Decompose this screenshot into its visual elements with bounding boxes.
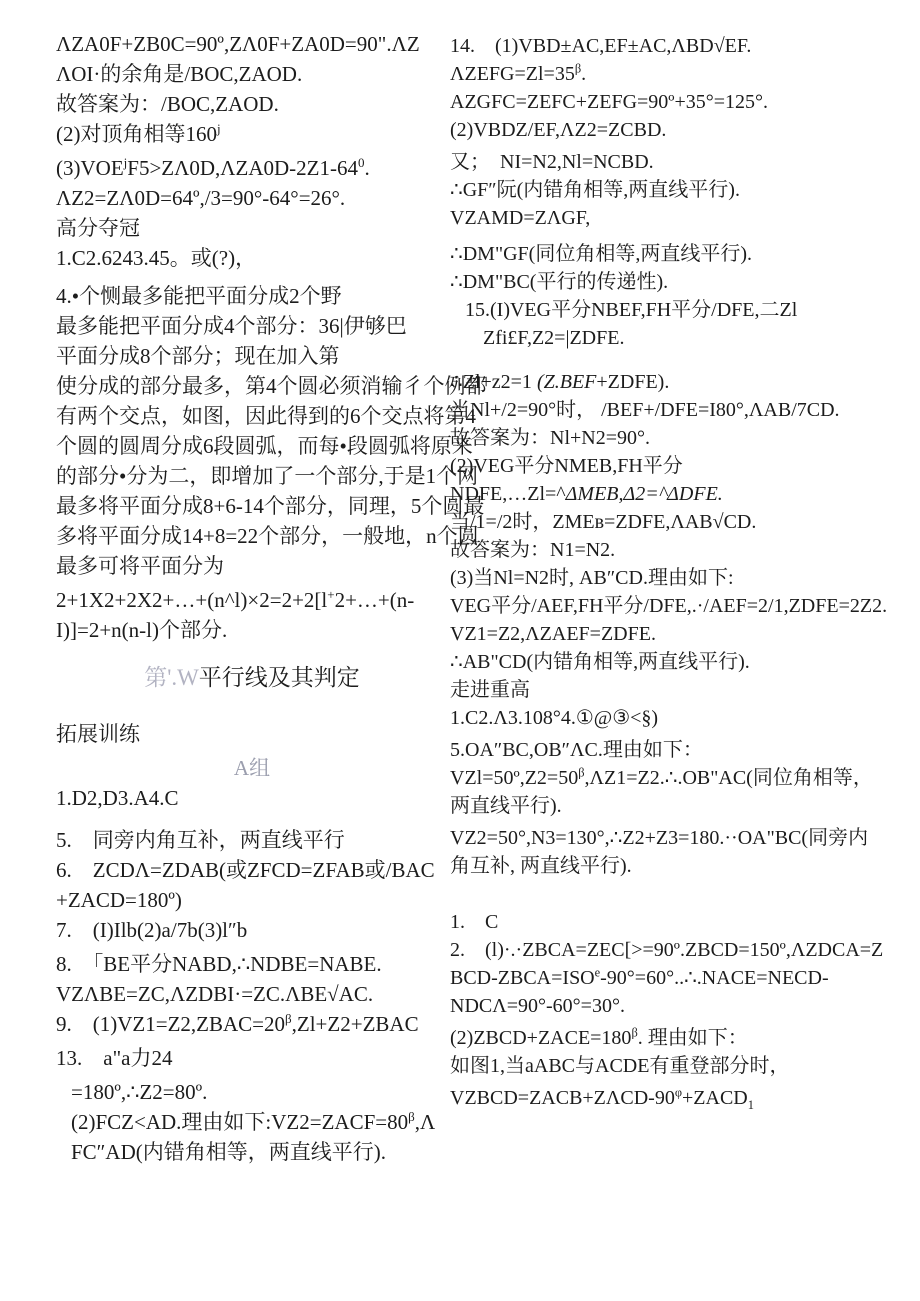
text-line: 5. 同旁内角互补，两直线平行 <box>56 825 448 855</box>
text-line: 故答案为：N1=N2. <box>450 536 916 564</box>
text-line: NDCΛ=90°-60°=30°. <box>450 992 916 1020</box>
text-line: 又； NI=N2,Nl=NCBD. <box>450 148 916 176</box>
text-line: 1.D2,D3.A4.C <box>56 783 448 813</box>
text-line: 个圆的圆周分成6段圆弧，而每•段圆弧将原来 <box>56 431 448 461</box>
text-line: NDFE,…Zl=^ΔMEB,Δ2=^ΔDFE. <box>450 480 916 508</box>
text-line: ∴AB"CD(内错角相等,两直线平行). <box>450 648 916 676</box>
text-line: 1.C2.6243.45。或(?)， <box>56 243 448 273</box>
text-line: 多将平面分成14+8=22个部分，一般地，n个圆 <box>56 521 448 551</box>
text-line: 13. a"a力24 <box>56 1043 448 1073</box>
text-line: VZ2=50°,N3=130°,∴Z2+Z3=180.··OA"BC(同旁内 <box>450 824 916 852</box>
text-line: 故答案为：Nl+N2=90°. <box>450 424 916 452</box>
text-line: =180º,∴Z2=80º. <box>56 1077 448 1107</box>
text-line: 最多将平面分成8+6-14个部分，同理，5个圆最 <box>56 491 448 521</box>
text-line: FC″AD(内错角相等，两直线平行). <box>56 1137 448 1167</box>
text-line: Zfi£F,Z2=|ZDFE. <box>450 324 916 352</box>
text-line: ΛZ2=ZΛ0D=64º,/3=90°-64°=26°. <box>56 183 448 213</box>
text-line: VZl=50º,Z2=50β,ΛZ1=Z2.∴.OB"AC(同位角相等， <box>450 764 916 792</box>
text-line: ∴DM"GF(同位角相等,两直线平行). <box>450 240 916 268</box>
right-column: 14. (1)VBD±AC,EF±AC,ΛBD√EF.ΛZEFG=Zl=35β.… <box>450 0 916 1112</box>
text-line: ΛZA0F+ZB0C=90º,ZΛ0F+ZA0D=90".ΛZ <box>56 29 448 59</box>
text-line: 当/1=/2时，ZMEʙ=ZDFE,ΛAB√CD. <box>450 508 916 536</box>
text-line: 1.C2.Λ3.108°4.①@③<§) <box>450 704 916 732</box>
text-line: 如图1,当aABC与ACDE有重登部分时， <box>450 1052 916 1080</box>
text-line: ΛOI·的余角是/BOC,ZAOD. <box>56 59 448 89</box>
group-heading: A组 <box>56 753 448 783</box>
text-line: ∴DM"BC(平行的传递性). <box>450 268 916 296</box>
text-line: 4.•个恻最多能把平面分成2个野 <box>56 281 448 311</box>
text-line: (2)FCZ<AD.理由如下:VZ2=ZACF=80β,Λ <box>56 1107 448 1137</box>
text-line: 最多可将平面分为 <box>56 551 448 581</box>
text-line: ΛZEFG=Zl=35β. <box>450 60 916 88</box>
text-line: 14. (1)VBD±AC,EF±AC,ΛBD√EF. <box>450 32 916 60</box>
text-line: (2)对顶角相等160j <box>56 119 448 149</box>
text-line: VZBCD=ZACB+ZΛCD-90φ+ZACD1 <box>450 1084 916 1112</box>
text-line: 最多能把平面分成4个部分：36|伊够巴 <box>56 311 448 341</box>
text-line: 7. (I)Ilb(2)a/7b(3)l″b <box>56 915 448 945</box>
text-line: (2)ZBCD+ZACE=180β. 理由如下： <box>450 1024 916 1052</box>
left-column: ΛZA0F+ZB0C=90º,ZΛ0F+ZA0D=90".ΛZΛOI·的余角是/… <box>56 0 448 1167</box>
text-line: 平面分成8个部分；现在加入第 <box>56 341 448 371</box>
text-line: AZGFC=ZEFC+ZEFG=90º+35°=125°. <box>450 88 916 116</box>
subsection-heading: 走进重高 <box>450 676 916 704</box>
section-heading: 第'.W平行线及其判定 <box>56 661 448 695</box>
text-line: I)]=2+n(n-l)个部分. <box>56 615 448 645</box>
text-line: 1. C <box>450 908 916 936</box>
text-line: VEG平分/AEF,FH平分/DFE,.·/AEF=2/1,ZDFE=2Z2. <box>450 592 916 620</box>
subsection-heading: 拓展训练 <box>56 719 448 749</box>
text-line: 的部分•分为二，即增加了一个部分,于是1个网 <box>56 461 448 491</box>
text-line: 当Nl+/2=90°时， /BEF+/DFE=I80°,ΛAB/7CD. <box>450 396 916 424</box>
text-line: (3)当Nl=N2时, AB″CD.理由如下: <box>450 564 916 592</box>
text-line: 6. ZCDΛ=ZDAB(或ZFCD=ZFAB或/BAC <box>56 855 448 885</box>
subsection-heading: 高分夺冠 <box>56 213 448 243</box>
text-line: 角互补, 两直线平行). <box>450 852 916 880</box>
text-line: VZAMD=ZΛGF, <box>450 204 916 232</box>
text-line: BCD-ZBCA=ISOe-90°=60°..∴.NACE=NECD- <box>450 964 916 992</box>
text-line: 2+1X2+2X2+…+(n^l)×2=2+2[l+2+…+(n- <box>56 585 448 615</box>
text-line: VZ1=Z2,ΛZAEF=ZDFE. <box>450 620 916 648</box>
text-line: VZΛBE=ZC,ΛZDBI·=ZC.ΛBE√AC. <box>56 979 448 1009</box>
text-line: 5.OA″BC,OB″ΛC.理由如下： <box>450 736 916 764</box>
text-line: 9. (1)VZ1=Z2,ZBAC=20β,Zl+Z2+ZBAC <box>56 1009 448 1039</box>
document-page: ΛZA0F+ZB0C=90º,ZΛ0F+ZA0D=90".ΛZΛOI·的余角是/… <box>0 0 920 1301</box>
text-line: ∴Zl+z2=1 (Z.BEF+ZDFE). <box>450 368 916 396</box>
text-line: 使分成的部分最多，第4个圆必须消输彳个例都 <box>56 371 448 401</box>
text-line: +ZACD=180º) <box>56 885 448 915</box>
text-line: 两直线平行). <box>450 792 916 820</box>
text-line: 8. 「BE平分NABD,∴NDBE=NABE. <box>56 949 448 979</box>
text-line: (3)VOEjF5>ZΛ0D,ΛZA0D-2Z1-640. <box>56 153 448 183</box>
text-line: ∴GF″阮(内错角相等,两直线平行). <box>450 176 916 204</box>
text-line: 2. (l)·.·ZBCA=ZEC[>=90º.ZBCD=150º,ΛZDCA=… <box>450 936 916 964</box>
text-line: 故答案为：/BOC,ZAOD. <box>56 89 448 119</box>
text-line: (2)VBDZ/EF,ΛZ2=ZCBD. <box>450 116 916 144</box>
text-line: 有两个交点，如图，因此得到的6个交点将第4 <box>56 401 448 431</box>
text-line: (2)VEG平分NMEB,FH平分 <box>450 452 916 480</box>
text-line: 15.(I)VEG平分NBEF,FH平分/DFE,二Zl <box>450 296 916 324</box>
